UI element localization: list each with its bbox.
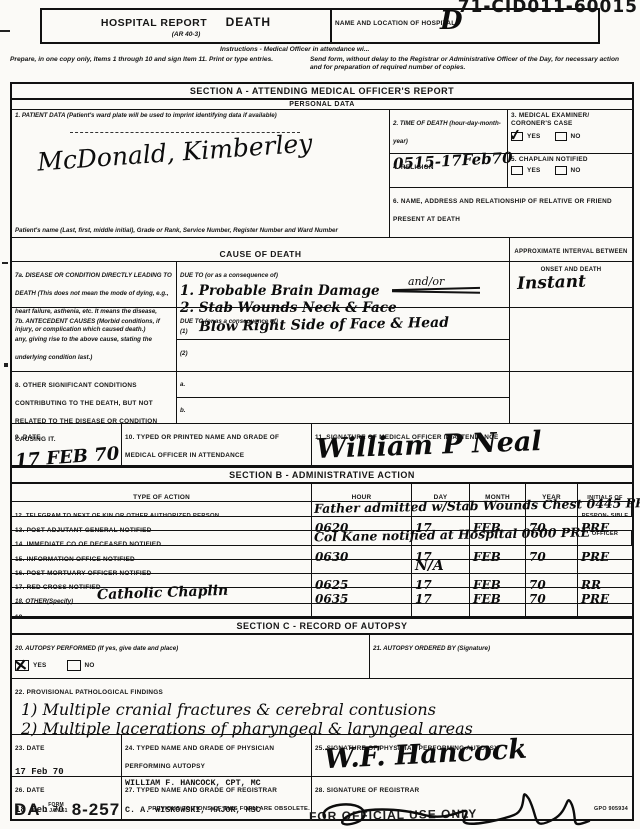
col-type-of-action: TYPE OF ACTION <box>133 494 190 501</box>
section-c-bar: SECTION C - RECORD OF AUTOPSY <box>12 617 632 635</box>
scanned-death-report-form: 71-CID011-60015 HOSPITAL REPORT DEATH (A… <box>0 0 640 829</box>
interval-value: Instant <box>517 270 630 294</box>
day-value: N/A <box>415 558 444 574</box>
autopsy-ordered-by-label: 21. AUTOPSY ORDERED BY (Signature) <box>373 645 490 652</box>
registrar-name-label: 27. TYPED NAME AND GRADE OF REGISTRAR <box>125 787 277 794</box>
relative-present-label: 6. NAME, ADDRESS AND RELATIONSHIP OF REL… <box>393 198 612 223</box>
medical-examiner-label: 3. MEDICAL EXAMINER/ CORONER'S CASE <box>511 112 629 128</box>
admin-row-16: 16. POST MORTUARY OFFICER NOTIFIED N/A <box>12 560 632 574</box>
form-title-death: DEATH <box>226 15 271 29</box>
no-label: NO <box>571 167 581 175</box>
medical-examiner-yes-checkbox[interactable]: ✓ <box>511 132 523 141</box>
hospital-name-label: NAME AND LOCATION OF HOSPITAL <box>335 20 455 27</box>
physician-signature: W.F. Hancock <box>323 734 527 776</box>
patient-data-label: 1. PATIENT DATA (Patient's ward plate wi… <box>15 112 386 120</box>
attending-officer-signature: William P Neal <box>316 426 543 465</box>
no-label: NO <box>85 662 95 670</box>
due-to-label: DUE TO (or as a consequence of) <box>180 272 278 279</box>
section-b-bar: SECTION B - ADMINISTRATIVE ACTION <box>12 466 632 484</box>
yes-label: YES <box>33 662 47 670</box>
cause-line-1: 1. Probable Brain Damage <box>180 283 380 299</box>
findings-line-1: 1) Multiple cranial fractures & cerebral… <box>21 700 629 719</box>
form-number: 8-257 <box>72 800 120 820</box>
time-of-death-label: 2. TIME OF DEATH (hour-day-month-year) <box>393 120 501 145</box>
yes-label: YES <box>527 133 541 141</box>
cause-of-death-header: CAUSE OF DEATH <box>220 249 302 259</box>
scan-artifact <box>4 363 8 367</box>
registrar-date-label: 26. DATE <box>15 787 45 794</box>
x-mark: ✕ <box>13 655 29 676</box>
da-form-prefix: DA <box>14 800 41 820</box>
pathological-findings-label: 22. PROVISIONAL PATHOLOGICAL FINDINGS <box>15 689 163 696</box>
instructions-left: Prepare, in one copy only, Items 1 throu… <box>10 56 300 73</box>
admin-row-15: 15. INFORMATION OFFICE NOTIFIED 0630 17 … <box>12 546 632 560</box>
autopsy-date-label: 23. DATE <box>15 745 45 752</box>
section-a-bar: SECTION A - ATTENDING MEDICAL OFFICER'S … <box>12 82 632 100</box>
date-label: 9. DATE <box>15 434 41 441</box>
form-title: HOSPITAL REPORT <box>101 17 207 29</box>
form-regulation: (AR 40-3) <box>45 31 327 38</box>
religion-label: 4. RELIGION <box>393 164 434 171</box>
other-specify-value: Catholic Chaplin <box>97 583 229 604</box>
autopsy-date-value: 17 Feb 70 <box>15 767 118 777</box>
form-edition-date: 1 JAN 61 <box>45 808 68 814</box>
hospital-name-scrawl: D <box>440 6 463 36</box>
physician-name-label: 24. TYPED NAME AND GRADE OF PHYSICIAN PE… <box>125 745 274 770</box>
personal-data-bar: PERSONAL DATA <box>12 100 632 110</box>
scan-artifact <box>2 262 8 264</box>
obsolete-note: PREVIOUS EDITIONS OF THIS FORM ARE OBSOL… <box>148 806 310 813</box>
admin-row-12: 12. TELEGRAM TO NEXT OF KIN OR OTHER AUT… <box>12 502 632 517</box>
attending-officer-name-label: 10. TYPED OR PRINTED NAME AND GRADE OF M… <box>125 434 279 459</box>
admin-row-14: 14. IMMEDIATE CO OF DECEASED NOTIFIED Co… <box>12 531 632 546</box>
check-mark: ✓ <box>508 125 523 145</box>
admin-row-17: 17. RED CROSS NOTIFIED 0625 17 FEB 70 RR <box>12 574 632 588</box>
patient-name-value: McDonald, Kimberley <box>36 128 313 176</box>
autopsy-performed-label: 20. AUTOPSY PERFORMED (If yes, give date… <box>15 645 178 652</box>
autopsy-yes-checkbox[interactable]: ✕ <box>15 660 29 671</box>
admin-row-19: 19. <box>12 604 632 617</box>
crossed-out-text <box>392 286 480 294</box>
patient-name-footnote: Patient's name (Last, first, middle init… <box>15 227 386 235</box>
registrar-signature-scrawl <box>314 779 614 829</box>
yes-label: YES <box>527 167 541 175</box>
instructions-right: Send form, without delay to the Registra… <box>310 56 632 73</box>
medical-examiner-no-checkbox[interactable] <box>555 132 567 141</box>
scan-artifact <box>0 30 10 32</box>
chaplain-yes-checkbox[interactable] <box>511 166 523 175</box>
sub-b-label: b. <box>180 407 186 414</box>
no-label: NO <box>571 133 581 141</box>
row-label: 19. <box>15 614 25 621</box>
autopsy-no-checkbox[interactable] <box>67 660 81 671</box>
sub-a-label: a. <box>180 381 185 388</box>
chaplain-notified-label: 5. CHAPLAIN NOTIFIED <box>511 156 629 164</box>
chaplain-no-checkbox[interactable] <box>555 166 567 175</box>
instructions-heading: Instructions - Medical Officer in attend… <box>220 46 632 55</box>
admin-row-18: 18. OTHER(Specify) Catholic Chaplin 0635… <box>12 588 632 604</box>
sub-item-2-label: (2) <box>180 350 188 357</box>
antecedent-causes-label: 7b. ANTECEDENT CAUSES (Morbid conditions… <box>15 318 160 361</box>
